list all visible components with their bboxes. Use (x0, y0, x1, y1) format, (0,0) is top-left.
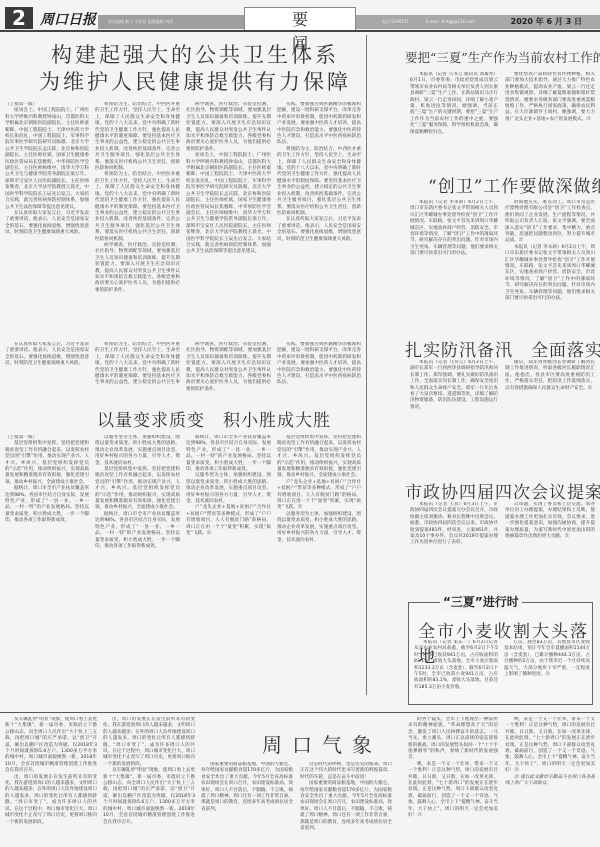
article-paragraph: 据统计，周口市全市产业扶贫覆盖率达到98%。各县市区结合自身实际，发展特色产业，… (5, 486, 89, 524)
flood-control-col2: 随后，郑军到各级河长办调研了解河长制工作推进情况，听取各级河长履职情况汇报。他指… (505, 360, 595, 460)
weather-col2: 出，周口的发展正在发生前所未有的变化。我在游逛到周口的人越来越多，文明周口的人越… (103, 717, 195, 845)
column-divider (366, 35, 367, 695)
sanxia-production-headline: 要把“三夏”生产作为当前农村工作的重中之重 (405, 48, 600, 66)
article-paragraph: 据统计，周口市全市产业扶贫覆盖率达到98%。各县市区结合自身实际，发展特色产业，… (95, 512, 180, 550)
lead-column-2: 将预防为主、防治结合、中西医并重的卫生工作方针，坚持人民至上、生命至上，保障了人… (95, 102, 180, 342)
cppcc-proposals-col2: 议审题，实现了委员和上层交流。承办单位向上办理提案，办理结果和上反映，使提案办理… (505, 502, 595, 587)
masthead-rule (0, 30, 600, 32)
lead-paragraph: 将预防为主、防治结合、中西医并重的卫生工作方针，坚持人民至上、生命至上，保障了人… (277, 147, 361, 217)
article-paragraph: 万亩、鹿邑83万亩，其他县市区麦收基本结束。预计今年全市夏播面积1144万亩（含… (504, 640, 590, 678)
masthead: 2 周口日报 责任编辑 解不 可怀昌 组版编辑 何世 要闻 电话 8199151… (0, 0, 600, 30)
article-paragraph: 户”龙头企业+基地+贫困户”合作社+贫困户“带贫等多种模式，形成了“户户有增收项… (277, 480, 361, 512)
quantity-quality-col2: 以服务型为主体，加强组织建设，围绕以量变求质变、积小胜成大胜的思路，推动企业改革… (95, 435, 180, 690)
article-paragraph: 的各个镜头，全市上下展现出一种前所未有的精神面貌。“革命理想高于天”的信念，激发… (408, 717, 498, 762)
article-paragraph: 要优势农产品和特色农作物种植，相关部门要加大技术指导，通过大力推广特色农业种植模… (505, 72, 595, 123)
lead-column-3: 病学调查、医疗救治、实验室检测、社区指导、物资调配等领域，要加强基层卫生人员知识… (186, 102, 271, 342)
article-paragraph: 据统计，周口市全市产业扶贫覆盖率达到98%。各县市区结合自身实际，发展特色产业，… (186, 435, 271, 473)
article-paragraph: 时间地压实，难点动工。周口市常态医疗废物处理有限公司是“创卫”工作检查点，他们询… (505, 200, 595, 245)
weather-col4: 这是时代的呼唤，也是历史的使命。周口正在这个伟大的时代里书写着新的辉煌篇章。时代… (300, 762, 392, 845)
article-paragraph: 本报讯（记者 马书云）6月2日上午，副市长郑军一行到西华县调研指导防汛和河长制工… (410, 360, 498, 411)
email-address: E-mail: zkrbgj@126.com (426, 15, 475, 29)
article-paragraph: 出，周口的发展正在发生前所未有的变化。我在游逛到周口的人越来越多，文明周口的人越… (5, 775, 97, 826)
lead-headline: 构建起强大的公共卫生体系 为维护人民健康提供有力保障 (30, 42, 360, 96)
article-footnote: ㉑ 谨以此文献给辛勤奋斗在周口各条战线上的广大干部群众。 (505, 775, 595, 788)
lead-column-1: （上接第一版） 座谈会上，中国工程院院士、广州医科大学呼吸内科教授钟南山，首都医… (5, 102, 89, 342)
lead-paragraph: 将预防为主、防治结合、中西医并重的卫生工作方针，坚持人民至上、生命至上，保障了人… (95, 342, 180, 385)
article-paragraph: 基层党组织集中发挥、坚持把党建和脱贫攻坚工作有机融合起来，以发挥农村党员的“引擎… (95, 467, 180, 512)
lead-column-4: 实践。要加强古典医籍精华的梳理和挖掘，建设一批科研支撑平台，改革完善中药审评审批… (277, 102, 361, 342)
lead-headline-line1: 构建起强大的公共卫生体系 (30, 42, 360, 69)
weather-col1: 及车辆乱停“明显”现象，使周口看上去更新十“大集镇”。新一届市委、市政府立下愚公… (5, 717, 97, 845)
sanxia-kicker: “三夏”进行时 (440, 593, 522, 610)
lead-headline-line2: 为维护人民健康提供有力保障 (30, 69, 360, 96)
lead-paragraph: 在认真听取大家发言后，习近平发表了重要讲话。他表示，人民安全是国家安全的基石。要… (277, 217, 361, 243)
quantity-quality-col4: 基层党组织集中发挥、坚持把党建和脱贫攻坚工作有机融合起来，以发挥农村党员的“引擎… (277, 435, 361, 690)
lead-paragraph: 病学调查、医疗救治、实验室检测、社区指导、物资调配等领域，要加强基层卫生人员知识… (186, 342, 271, 393)
flood-control-headline: 扎实防汛备汛 全面落实河长制 (405, 336, 600, 361)
lead-paragraph: 将预防为主、防治结合、中西医并重的卫生工作方针，坚持人民至上、生命至上，保障了人… (95, 102, 180, 172)
article-paragraph: 以服务型为主体，加强组织建设，围绕以量变求质变、积小胜成大胜的思路，推动企业改革… (186, 473, 271, 505)
article-paragraph: 以服务型为主体，加强组织建设，围绕以量变求质变、积小胜成大胜的思路，推动企业改革… (277, 512, 361, 544)
article-paragraph: 唤，来是一个又一个壮举，带来一个又一个胜利！正是这种气势，周口的发展有目共睹，日… (505, 717, 595, 775)
article-paragraph: 基层党组织集中发挥、坚持把党建和脱贫攻坚工作有机融合起来，以发挥农村党员的“引擎… (277, 435, 361, 480)
weather-col5: 的各个镜头，全市上下展现出一种前所未有的精神面貌。“革命理想高于天”的信念，激发… (408, 717, 498, 845)
page-number: 2 (5, 7, 33, 29)
masthead-info-bar: 电话 8199151 E-mail: zkrbgj@126.com 2020 年… (356, 15, 600, 29)
article-paragraph: 基层党组织集中发挥、坚持把党建和脱贫攻坚工作有机融合起来，以发挥农村党员的“引擎… (5, 441, 89, 486)
article-paragraph: 及车辆乱停“明显”现象，使周口看上去更新十“大集镇”。新一届市委、市政府立下愚公… (103, 768, 195, 826)
weather-col6: 唤，来是一个又一个壮举，带来一个又一个胜利！正是这种气势，周口的发展有目共睹，日… (505, 717, 595, 845)
article-paragraph: 本报讯（记者 马书云 通讯员 刘素琴）6月1日，市委常委、市政府党组成员梁云带领… (410, 72, 498, 136)
lead-paragraph: 座谈会上，中国工程院院士、广州医科大学呼吸内科教授钟南山，首都医科大学附属北京朝… (186, 153, 271, 256)
lead-paragraph: 病学调查、医疗救治、实验室检测、社区指导、物资调配等领域，要加强基层卫生人员知识… (95, 243, 180, 294)
wheat-harvest-col2: 万亩、鹿邑83万亩，其他县市区麦收基本结束。预计今年全市夏播面积1144万亩（含… (504, 640, 590, 702)
quantity-quality-col3: 据统计，周口市全市产业扶贫覆盖率达到98%。各县市区结合自身实际，发展特色产业，… (186, 435, 271, 690)
lead-paragraph: 实践。要加强古典医籍精华的梳理和挖掘，建设一批科研支撑平台，改革完善中药审评审批… (277, 102, 361, 147)
article-paragraph: 这是时代的呼唤，也是历史的使命。周口正在这个伟大的时代里书写着新的辉煌篇章。时代… (300, 762, 392, 781)
article-paragraph: 唤，来是一个又一个壮举，带来一个又一个胜利！正是这种气势，周口的发展有目共睹，日… (408, 762, 498, 820)
lead-column-1-cont: 在认真听取大家发言后，习近平发表了重要讲话。他表示，人民安全是国家安全的基石。要… (5, 342, 89, 385)
weather-col3: 国家重要的商品粮基地，中国的大粮仓，每年给国家贡献粮食超170多亿斤，为国家粮食… (201, 762, 293, 845)
section-divider (0, 712, 600, 713)
article-paragraph: 本报讯（记者 王真）6月3日上午，市政协四届四次会议提案交办会议召开，市政协副主… (410, 502, 498, 547)
wheat-harvest-col1: 本报讯（记者 朱东一）6月2日记者从市农业农村局获悉，截至6月2日下午5时，全市… (414, 640, 498, 702)
chuangwei-col2: 时间地压实，难点动工。周口市常态医疗废物处理有限公司是“创卫”工作检查点，他们询… (505, 200, 595, 328)
cppcc-proposals-col1: 本报讯（记者 王真）6月3日上午，市政协四届四次会议提案交办会议召开，市政协副主… (410, 502, 498, 587)
lead-paragraph: 将预防为主、防治结合、中西医并重的卫生工作方针，坚持人民至上、生命至上，保障了人… (95, 172, 180, 242)
issue-date: 2020 年 6 月 3 日 (511, 15, 582, 29)
lead-paragraph: 病学调查、医疗救治、实验室检测、社区指导、物资调配等领域，要加强基层卫生人员知识… (186, 102, 271, 153)
article-paragraph: 户”龙头企业+基地+贫困户”合作社+贫困户“带贫等多种模式，形成了“户户有增收项… (186, 505, 271, 537)
flood-control-col1: 本报讯（记者 马书云）6月2日上午，副市长郑军一行到西华县调研指导防汛和河长制工… (410, 360, 498, 460)
article-paragraph: 议审题，实现了委员和上层交流。承办单位向上办理提案，办理结果和上反映，使提案办理… (505, 502, 595, 540)
article-paragraph: 国家重要的商品粮基地，中国的大粮仓，每年给国家贡献粮食超170多亿斤，为国家粮食… (201, 762, 293, 813)
article-paragraph: 随后，郑军到各级河长办调研了解河长制工作推进情况，听取各级河长履职情况汇报。他指… (505, 360, 595, 392)
lead-column-4-cont: 实践。要加强古典医籍精华的梳理和挖掘，建设一批科研支撑平台，改革完善中药审评审批… (277, 342, 361, 400)
lead-paragraph: 在认真听取大家发言后，习近平发表了重要讲话。他表示，人民安全是国家安全的基石。要… (5, 342, 89, 368)
paper-name-logo: 周口日报 (40, 9, 96, 29)
cppcc-proposals-headline: 市政协四届四次会议提案集中交办 (405, 478, 600, 503)
article-paragraph: 国家重要的商品粮基地，中国的大粮仓，每年给国家贡献粮食超170多亿斤，为国家粮食… (300, 781, 392, 832)
article-paragraph: 以服务型为主体，加强组织建设，围绕以量变求质变、积小胜成大胜的思路，推动企业改革… (95, 435, 180, 467)
sanxia-production-col1: 本报讯（记者 马书云 通讯员 刘素琴）6月1日，市委常委、市政府党组成员梁云带领… (410, 72, 498, 162)
weather-headline: 周口气象 (262, 729, 382, 758)
quantity-quality-headline: 以量变求质变 积小胜成大胜 (97, 406, 331, 431)
lead-column-3-cont: 病学调查、医疗救治、实验室检测、社区指导、物资调配等领域，要加强基层卫生人员知识… (186, 342, 271, 400)
article-paragraph: 及车辆乱停“明显”现象，使周口看上去更新十“大集镇”。新一届市委、市政府立下愚公… (5, 717, 97, 775)
article-paragraph: 出，周口的发展正在发生前所未有的变化。我在游逛到周口的人越来越多，文明周口的人越… (103, 717, 195, 768)
lead-paragraph: 座谈会上，中国工程院院士、广州医科大学呼吸内科教授钟南山，首都医科大学附属北京朝… (5, 108, 89, 211)
article-paragraph: 本报讯（记者 李永莉）6月2日上午，周口市东新区委书记张文平带领相关人员到川汇区… (410, 200, 498, 258)
article-paragraph: 本报讯（记者 朱东一）6月2日记者从市农业农村局获悉，截至6月2日下午5时，全市… (414, 640, 498, 691)
lead-paragraph: 在认真听取大家发言后，习近平发表了重要讲话。他表示，人民安全是国家安全的基石。要… (5, 211, 89, 237)
chuangwei-headline: “创卫”工作要做深做细 (428, 172, 600, 197)
chuangwei-col1: 本报讯（记者 李永莉）6月2日上午，周口市东新区委书记张文平带领相关人员到川汇区… (410, 200, 498, 328)
sanxia-production-col2: 要优势农产品和特色农作物种植，相关部门要加大技术指导，通过大力推广特色农业种植模… (505, 72, 595, 162)
quantity-quality-col1: （上接第一版） 基层党组织集中发挥、坚持把党建和脱贫攻坚工作有机融合起来，以发挥… (5, 435, 89, 690)
section-title: 要闻 (244, 7, 356, 31)
lead-column-2-cont: 将预防为主、防治结合、中西医并重的卫生工作方针，坚持人民至上、生命至上，保障了人… (95, 342, 180, 385)
lead-paragraph: 实践。要加强古典医籍精华的梳理和挖掘，建设一批科研支撑平台，改革完善中药审评审批… (277, 342, 361, 387)
editors-line: 责任编辑 解不 可怀昌 组版编辑 何世 (98, 15, 244, 29)
phone-number: 电话 8199151 (382, 15, 409, 29)
article-paragraph: 本报讯（记者 李永莉）6月2日上午，周口市东新区委书记张文平带领相关人员到川汇区… (505, 245, 595, 303)
